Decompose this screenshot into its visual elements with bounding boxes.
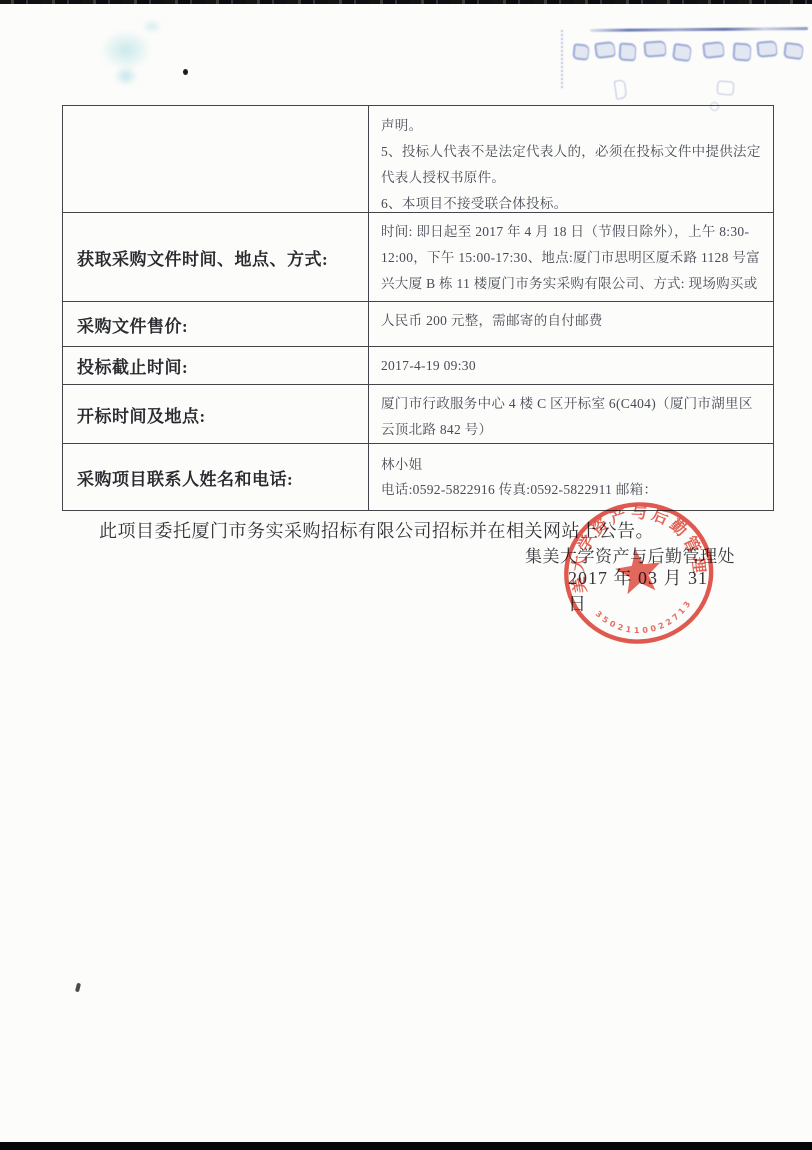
ink-dot-artifact: [183, 69, 188, 75]
handwriting-stroke: [594, 41, 616, 59]
cyan-smudge-artifact: [114, 66, 138, 86]
row-label: 开标时间及地点:: [63, 385, 369, 443]
pen-mark-artifact: [75, 983, 81, 993]
star-icon: [613, 546, 664, 595]
handwriting-stroke: [614, 79, 628, 99]
row-label: 投标截止时间:: [63, 347, 369, 384]
row-value: 林小姐 电话:0592-5822916 传真:0592-5822911 邮箱：4…: [369, 444, 773, 510]
row-value: 时间: 即日起至 2017 年 4 月 18 日（节假日除外），上午 8:30-…: [369, 213, 773, 301]
row-value: 人民币 200 元整，需邮寄的自付邮费: [369, 302, 773, 346]
handwriting-stroke: [643, 40, 666, 57]
row-value: 厦门市行政服务中心 4 楼 C 区开标室 6(C404)（厦门市湖里区云顶北路 …: [369, 385, 773, 443]
handwriting-stroke: [672, 43, 692, 62]
handwriting-stroke: [732, 42, 751, 61]
handwriting-stroke: [572, 43, 590, 61]
cyan-smudge-artifact: [142, 20, 162, 33]
procurement-info-table: 声明。 5、投标人代表不是法定代表人的，必须在投标文件中提供法定代表人授权书原件…: [62, 105, 774, 511]
handwriting-stroke: [783, 42, 804, 60]
official-seal: 集美大学资产与后勤管理处 3502110022713: [550, 490, 727, 661]
table-row: 采购文件售价: 人民币 200 元整，需邮寄的自付邮费: [63, 302, 773, 347]
scan-artifact-top-edge: [0, 0, 812, 4]
table-row: 声明。 5、投标人代表不是法定代表人的，必须在投标文件中提供法定代表人授权书原件…: [63, 106, 773, 213]
handwriting-stroke: [756, 40, 777, 58]
handwriting-stroke: [619, 43, 637, 62]
table-row: 获取采购文件时间、地点、方式: 时间: 即日起至 2017 年 4 月 18 日…: [63, 213, 773, 302]
row-value: 2017-4-19 09:30: [369, 347, 773, 384]
row-label: 采购项目联系人姓名和电话:: [63, 444, 369, 510]
handwriting-stroke: [590, 27, 808, 32]
table-row: 投标截止时间: 2017-4-19 09:30: [63, 347, 773, 385]
row-value: 声明。 5、投标人代表不是法定代表人的，必须在投标文件中提供法定代表人授权书原件…: [369, 106, 773, 212]
scan-artifact-bottom-edge: [0, 1142, 812, 1150]
row-label: 获取采购文件时间、地点、方式:: [63, 213, 369, 301]
cyan-smudge-artifact: [100, 30, 152, 70]
handwritten-annotation: [545, 18, 812, 118]
row-label: [63, 106, 369, 212]
handwriting-stroke: [561, 30, 565, 88]
handwriting-stroke: [702, 41, 725, 59]
row-label: 采购文件售价:: [63, 302, 369, 346]
table-row: 开标时间及地点: 厦门市行政服务中心 4 楼 C 区开标室 6(C404)（厦门…: [63, 385, 773, 444]
handwriting-stroke: [716, 80, 734, 95]
